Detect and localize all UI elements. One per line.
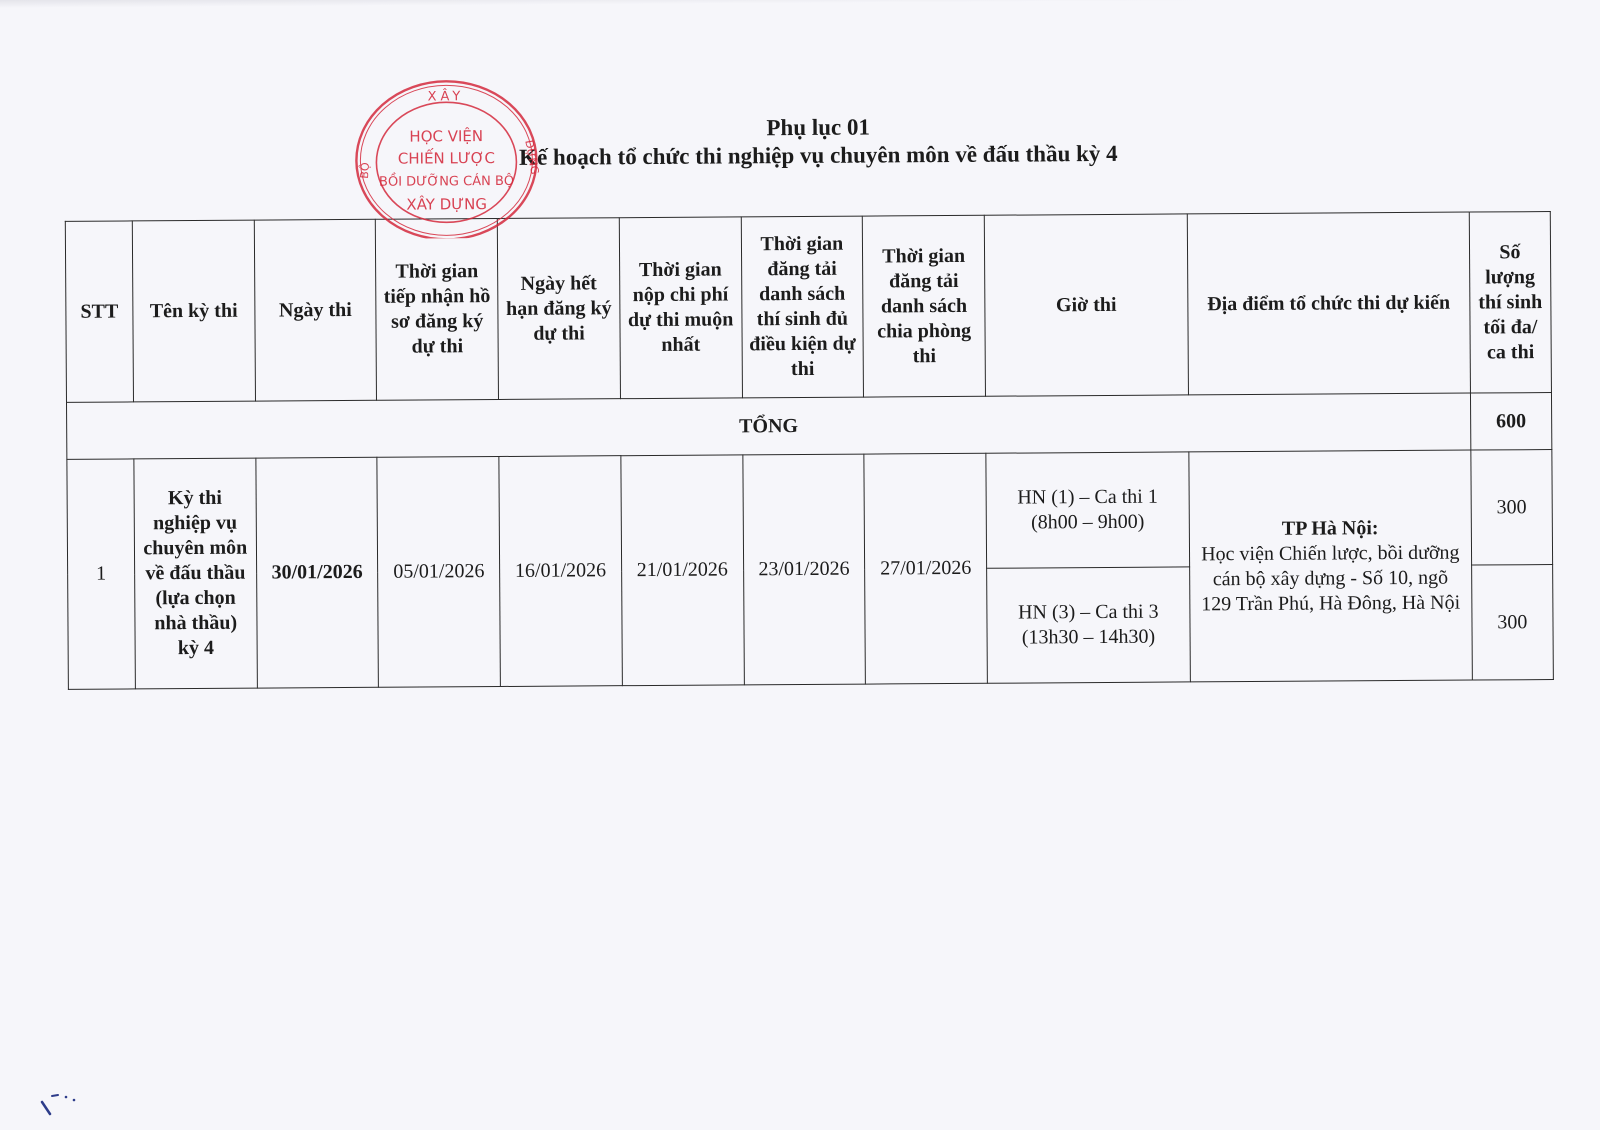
exam-plan-table: STT Tên kỳ thi Ngày thi Thời gian tiếp n… (65, 211, 1554, 690)
stamp-inner-line-4: XÂY DỰNG (406, 194, 487, 214)
total-value: 600 (1470, 393, 1552, 451)
cell-registration-deadline: 16/01/2026 (499, 456, 622, 687)
stamp-inner-line-3: BỒI DƯỠNG CÁN BỘ (379, 172, 514, 190)
header-eligible-list-publish: Thời gian đăng tải danh sách thí sinh đủ… (741, 216, 864, 398)
cell-session-1-max: 300 (1471, 450, 1553, 566)
location-address: Học viện Chiến lược, bồi dưỡng cán bộ xâ… (1201, 541, 1460, 615)
session-3-label: HN (3) – Ca thi 3 (993, 599, 1183, 625)
document-title-block: Phụ lục 01 Kế hoạch tổ chức thi nghiệp v… (438, 111, 1198, 172)
header-max-candidates: Số lượng thí sinh tối đa/ ca thi (1469, 212, 1551, 394)
cell-location: TP Hà Nội: Học viện Chiến lược, bồi dưỡn… (1189, 450, 1473, 682)
session-1-label: HN (1) – Ca thi 1 (993, 484, 1183, 510)
total-label: TỔNG (66, 393, 1470, 459)
stamp-outer-top: XÂY (428, 88, 465, 104)
table-row: 1 Kỳ thi nghiệp vụ chuyên môn về đấu thầ… (67, 450, 1553, 575)
header-stt: STT (65, 221, 133, 402)
cell-session-1-time: HN (1) – Ca thi 1 (8h00 – 9h00) (986, 452, 1190, 568)
scan-ink-mark (38, 1088, 82, 1118)
header-room-list-publish: Thời gian đăng tải danh sách chia phòng … (863, 215, 986, 397)
location-city: TP Hà Nội: (1196, 515, 1465, 542)
header-receive-period: Thời gian tiếp nhận hồ sơ đăng ký dự thi (376, 219, 499, 401)
cell-room-list-publish: 27/01/2026 (864, 453, 987, 684)
cell-session-3-time: HN (3) – Ca thi 3 (13h30 – 14h30) (987, 567, 1191, 683)
plan-title: Kế hoạch tổ chức thi nghiệp vụ chuyên mô… (438, 139, 1198, 172)
cell-exam-name: Kỳ thi nghiệp vụ chuyên môn về đấu thầu … (134, 458, 257, 689)
header-exam-date: Ngày thi (254, 219, 377, 401)
session-1-hours: (8h00 – 9h00) (993, 509, 1183, 535)
stamp-outer-left: BỘ (358, 162, 372, 180)
cell-session-3-max: 300 (1471, 565, 1553, 681)
total-row: TỔNG 600 (66, 393, 1551, 460)
session-3-hours: (13h30 – 14h30) (993, 624, 1183, 650)
cell-receive-period: 05/01/2026 (377, 456, 500, 687)
cell-exam-date: 30/01/2026 (256, 457, 379, 688)
document-page: Phụ lục 01 Kế hoạch tổ chức thi nghiệp v… (0, 0, 1600, 1130)
cell-stt: 1 (67, 459, 135, 689)
header-fee-deadline: Thời gian nộp chi phí dự thi muộn nhất (619, 217, 742, 399)
header-location: Địa điểm tổ chức thi dự kiến (1187, 212, 1470, 395)
header-exam-time: Giờ thi (984, 214, 1188, 396)
header-registration-deadline: Ngày hết hạn đăng ký dự thi (497, 218, 620, 400)
cell-eligible-list-publish: 23/01/2026 (742, 454, 865, 685)
table-header-row: STT Tên kỳ thi Ngày thi Thời gian tiếp n… (65, 212, 1551, 403)
cell-fee-deadline: 21/01/2026 (621, 455, 744, 686)
header-exam-name: Tên kỳ thi (132, 220, 255, 402)
